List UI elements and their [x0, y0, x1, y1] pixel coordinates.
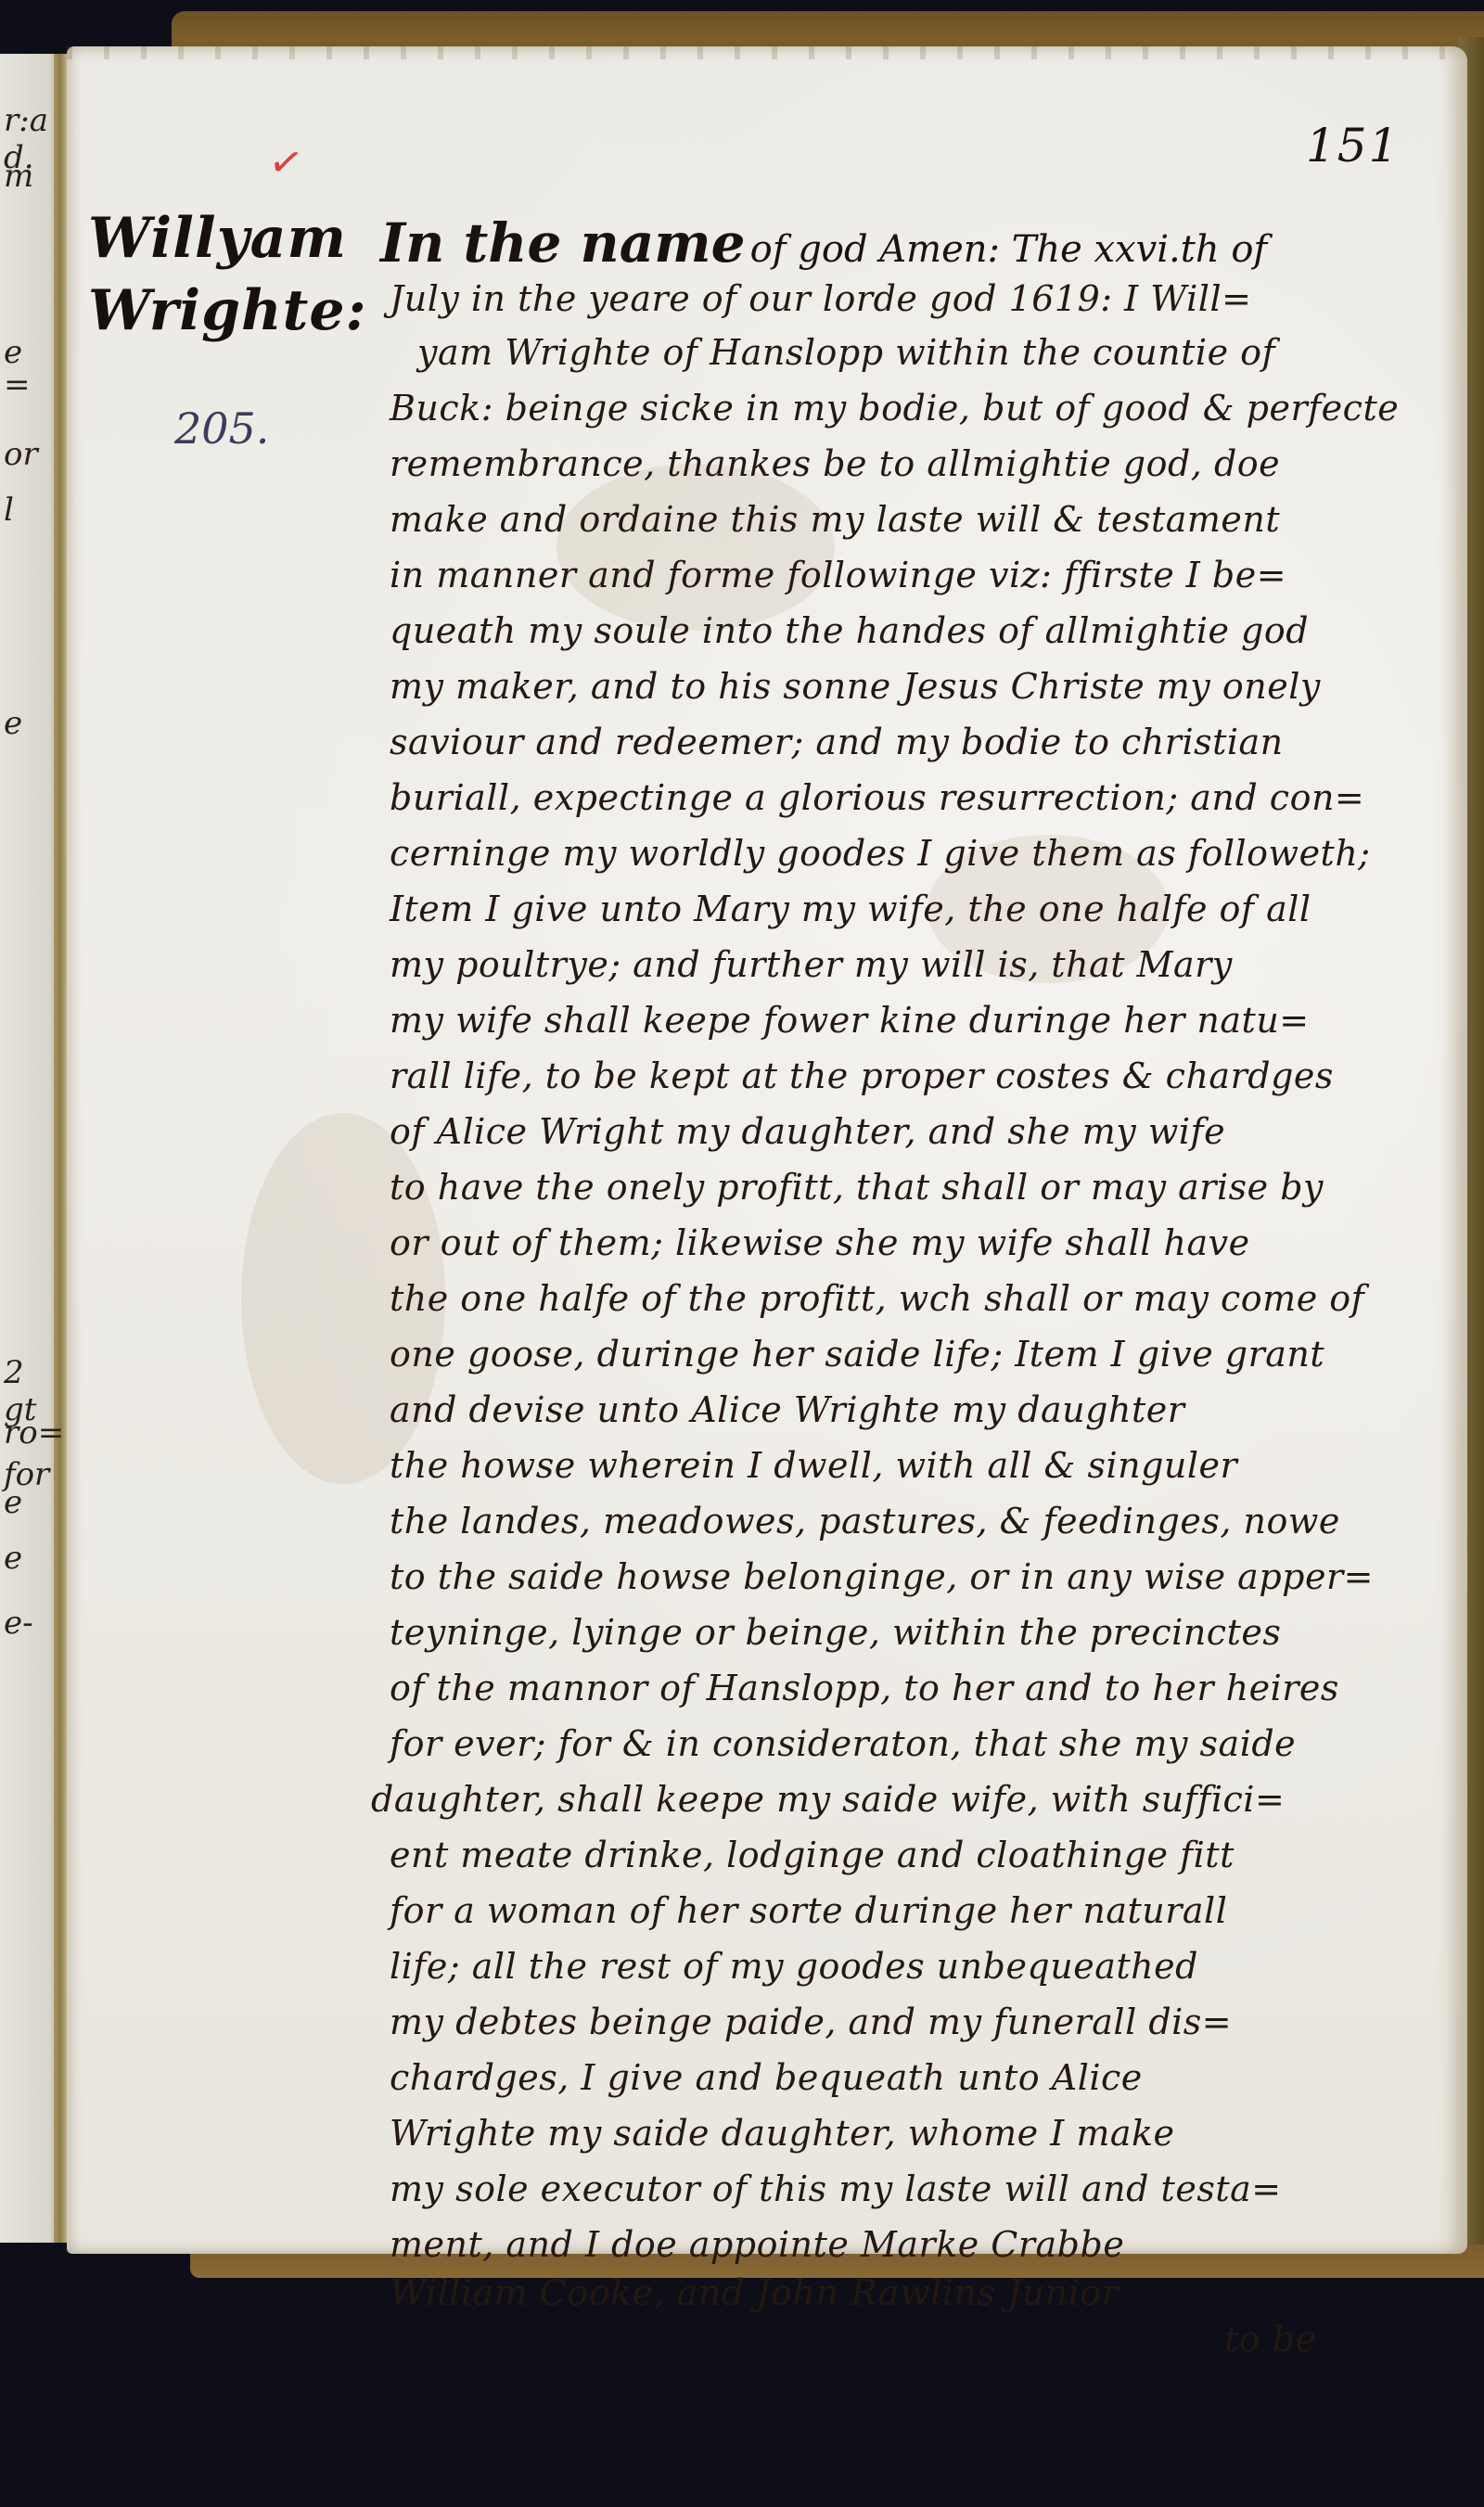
text-line: queath my soule into the handes of allmi…	[390, 610, 1309, 651]
text-line: the landes, meadowes, pastures, & feedin…	[390, 1501, 1340, 1541]
text-line: Buck: beinge sicke in my bodie, but of g…	[390, 388, 1399, 428]
text-line: my wife shall keepe fower kine duringe h…	[390, 1000, 1310, 1041]
text-line: my maker, and to his sonne Jesus Christe…	[390, 666, 1321, 707]
text-line: chardges, I give and bequeath unto Alice	[390, 2057, 1143, 2098]
pencil-reference-number: 205.	[174, 403, 269, 454]
fragment: l	[4, 492, 14, 529]
fragment: 2	[4, 1354, 24, 1391]
text-line: William Cooke, and John Rawlins Junior	[390, 2272, 1119, 2313]
text-line: yam Wrighte of Hanslopp within the count…	[417, 332, 1275, 373]
text-line: the one halfe of the profitt, wch shall …	[390, 1278, 1364, 1319]
fragment: r:a	[4, 102, 48, 139]
fragment: =	[4, 366, 31, 403]
text-line: ent meate drinke, lodginge and cloathing…	[390, 1835, 1235, 1875]
paper-stain	[556, 464, 835, 631]
text-line: my sole executor of this my laste will a…	[390, 2168, 1282, 2209]
catchword-line: to be	[1224, 2319, 1317, 2360]
text-line: make and ordaine this my laste will & te…	[390, 499, 1280, 540]
text-line: or out of them; likewise she my wife sha…	[390, 1222, 1250, 1263]
text-line: rall life, to be kept at the proper cost…	[390, 1055, 1334, 1096]
facing-page-text-fragments: r:a d. m e = or l e 2 gt ro= for e e e-	[0, 0, 61, 2245]
text-line: for a woman of her sorte duringe her nat…	[390, 1890, 1227, 1931]
will-opening-line: In the name of god Amen: The xxvi.th of	[380, 211, 1267, 275]
text-line: to the saide howse belonginge, or in any…	[390, 1556, 1374, 1597]
text-line: remembrance, thankes be to allmightie go…	[390, 443, 1280, 484]
text-line: to have the onely profitt, that shall or…	[390, 1167, 1324, 1208]
text-line: my poultrye; and further my will is, tha…	[390, 944, 1233, 985]
margin-heading-surname: Wrighte:	[88, 278, 367, 343]
text-line: in manner and forme followinge viz: ffir…	[390, 555, 1286, 595]
fragment: e-	[4, 1605, 33, 1642]
fragment: e	[4, 334, 22, 371]
text-line: and devise unto Alice Wrighte my daughte…	[390, 1389, 1184, 1430]
text-line: teyninge, lyinge or beinge, within the p…	[390, 1612, 1281, 1653]
fragment: e	[4, 1484, 22, 1521]
text-line: ment, and I doe appointe Marke Crabbe	[390, 2224, 1124, 2265]
fragment: e	[4, 1540, 22, 1577]
folio-number: 151	[1306, 119, 1400, 173]
text-line: saviour and redeemer; and my bodie to ch…	[390, 722, 1284, 762]
invocation-large: In the name	[380, 211, 746, 275]
text-line: the howse wherein I dwell, with all & si…	[390, 1445, 1237, 1486]
text-line: one goose, duringe her saide life; Item …	[390, 1334, 1324, 1375]
invocation-rest: of god Amen: The xxvi.th of	[750, 228, 1268, 271]
fragment: e	[4, 705, 22, 742]
leaf-top-edge	[67, 46, 1458, 59]
text-line: daughter, shall keepe my saide wife, wit…	[371, 1779, 1285, 1820]
text-line: Wrighte my saide daughter, whome I make	[390, 2113, 1175, 2154]
text-line: for ever; for & in consideraton, that sh…	[390, 1723, 1296, 1764]
fragment: m	[4, 158, 33, 195]
text-line: July in the yeare of our lorde god 1619:…	[390, 278, 1251, 319]
text-line: of Alice Wright my daughter, and she my …	[390, 1111, 1225, 1152]
text-line: life; all the rest of my goodes unbequea…	[390, 1946, 1198, 1987]
text-line: buriall, expectinge a glorious resurrect…	[390, 777, 1364, 818]
text-line: Item I give unto Mary my wife, the one h…	[390, 889, 1311, 929]
margin-heading-forename: Willyam	[88, 206, 347, 271]
fragment: ro=	[4, 1414, 64, 1452]
text-line: cerninge my worldly goodes I give them a…	[390, 833, 1371, 874]
fragment: or	[4, 436, 38, 473]
text-line: of the mannor of Hanslopp, to her and to…	[390, 1668, 1339, 1708]
text-line: my debtes beinge paide, and my funerall …	[390, 2002, 1232, 2042]
